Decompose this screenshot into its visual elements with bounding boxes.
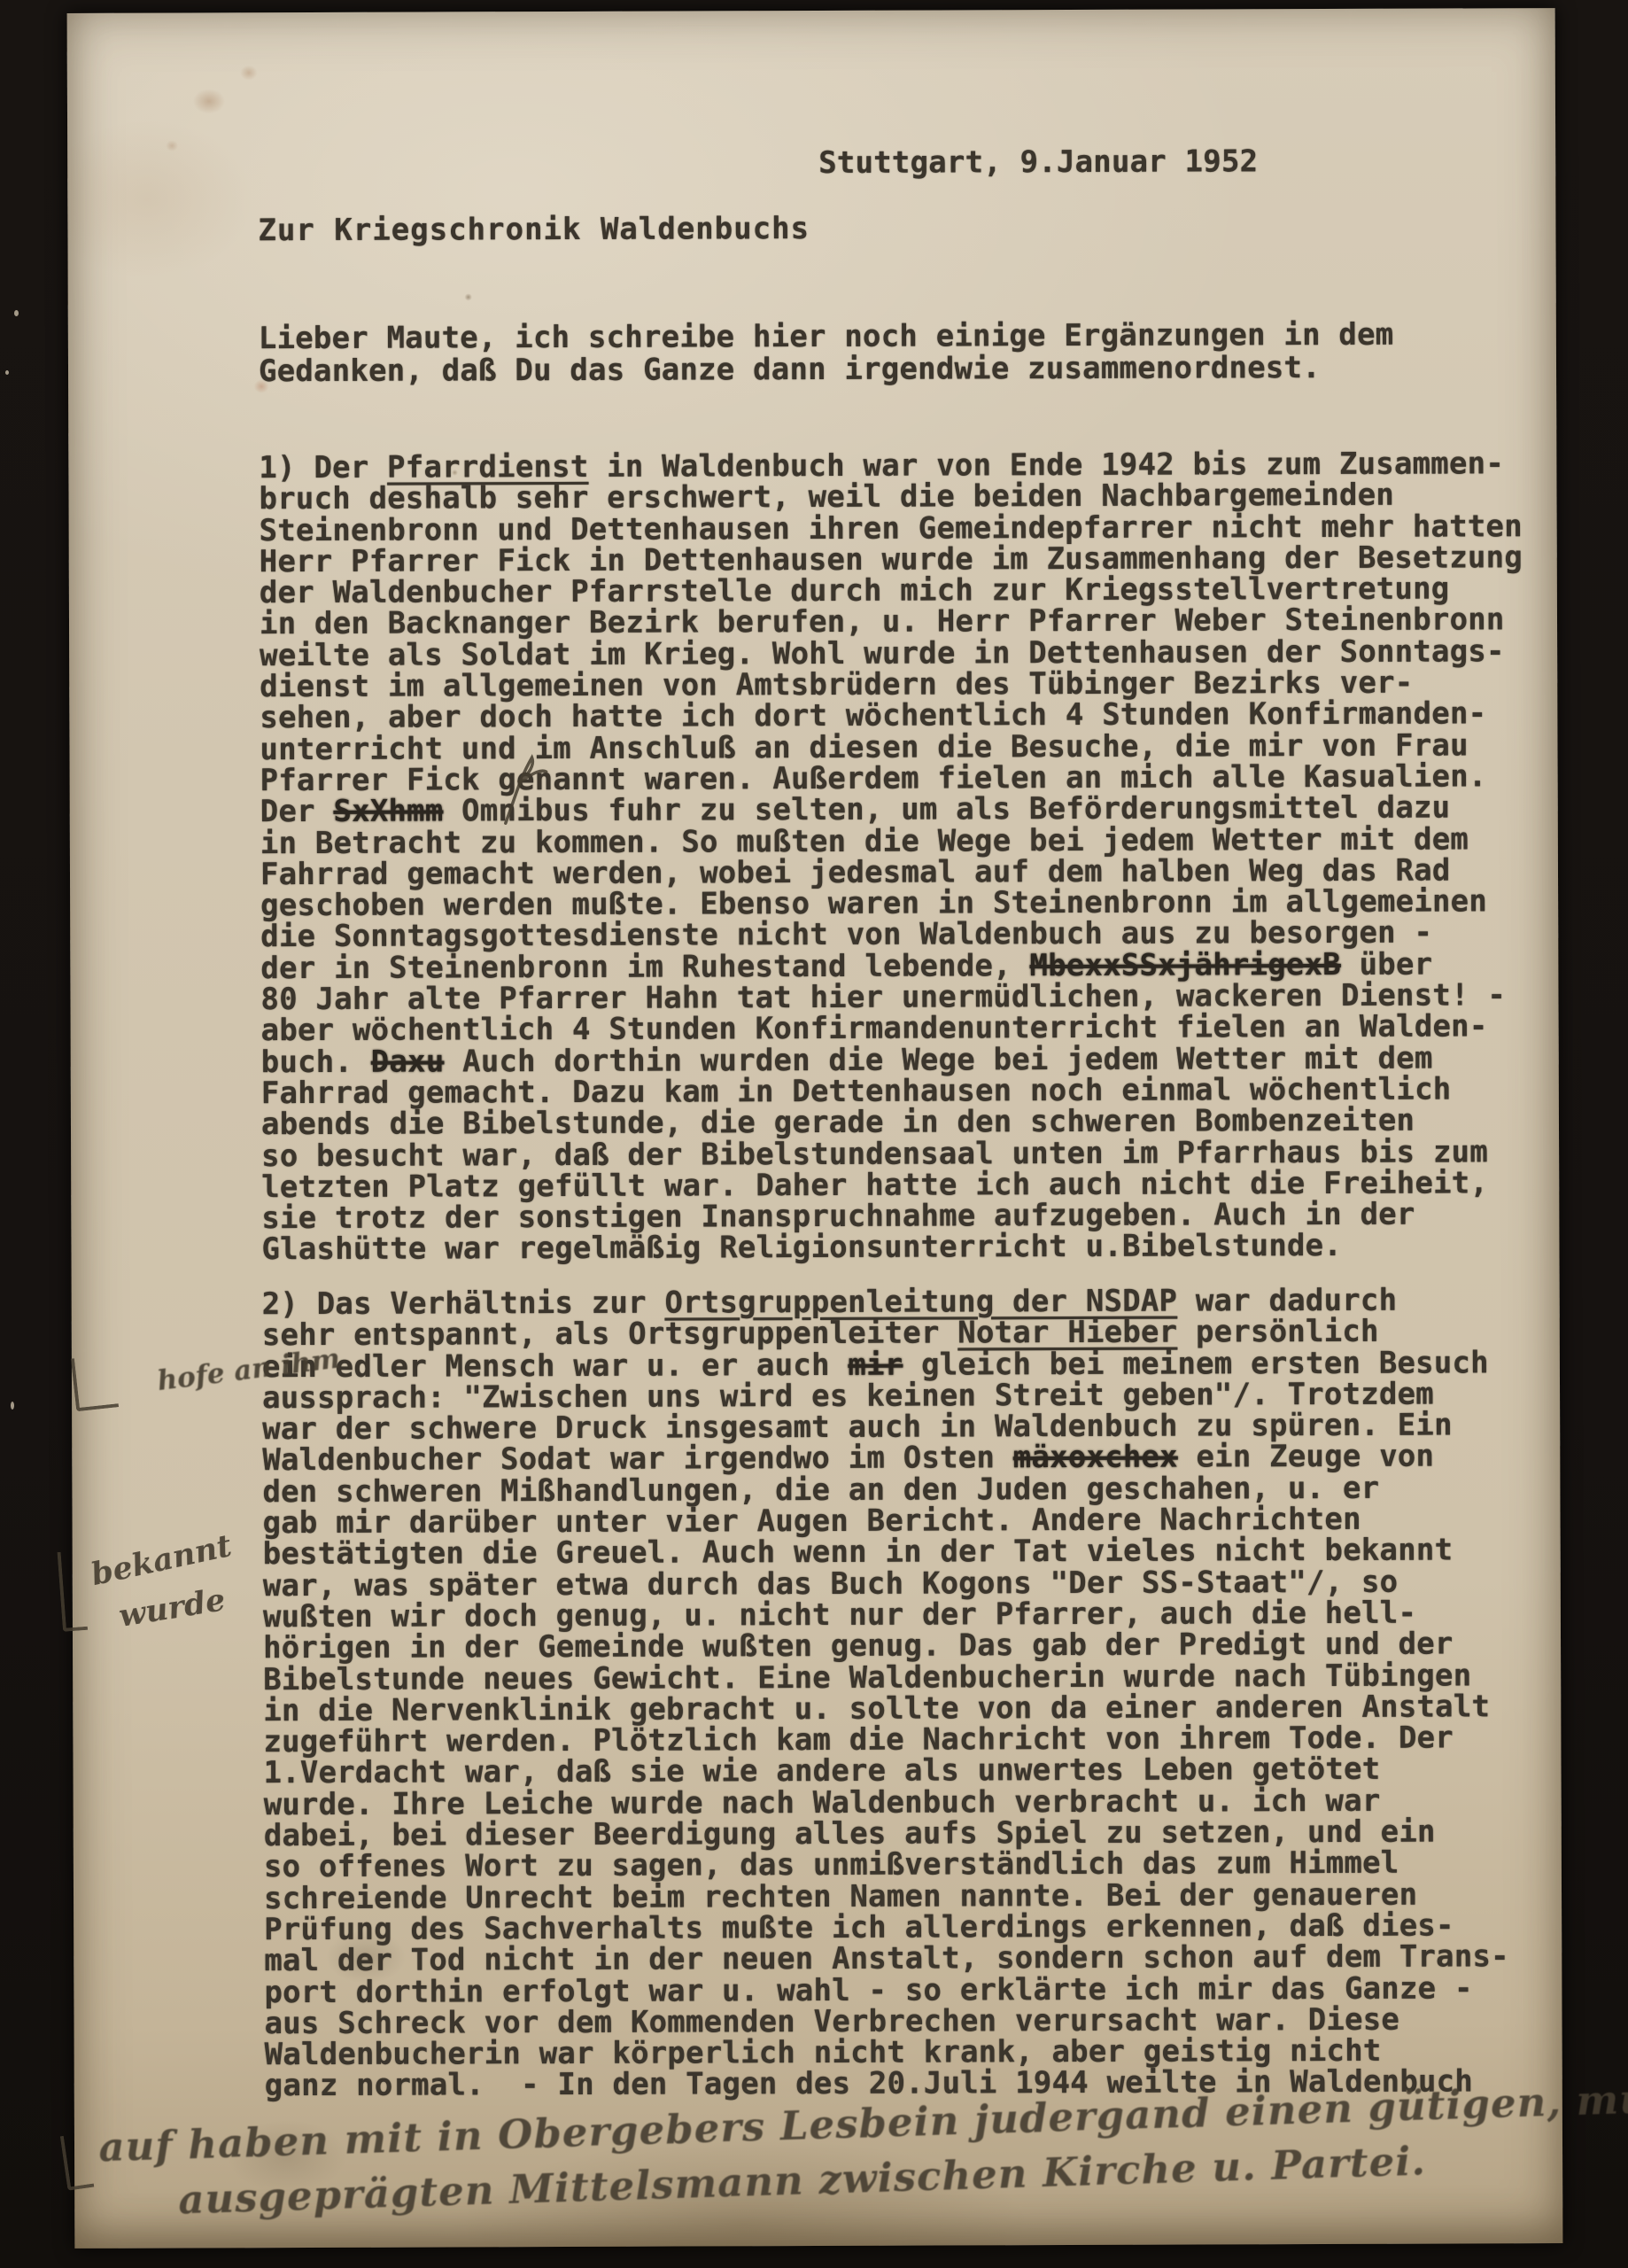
struck-out-text: mir: [848, 1347, 903, 1382]
struck-out-text: mäxoxchex: [1013, 1440, 1178, 1476]
salutation-paragraph: Lieber Maute, ich schreibe hier noch ein…: [259, 319, 1394, 388]
typed-line: Gedanken, daß Du das Ganze dann irgendwi…: [259, 352, 1394, 388]
struck-out-text: Daxu: [371, 1044, 445, 1079]
dust-speck: [11, 1402, 14, 1410]
section-2-paragraph: 2) Das Verhältnis zur Ortsgruppenleitung…: [262, 1285, 1510, 2102]
margin-bracket-icon: [60, 2132, 95, 2191]
typed-text: über: [1341, 946, 1432, 982]
margin-note-handwritten: wurde: [116, 1581, 228, 1635]
photographed-letter-scan: Stuttgart, 9.Januar 1952 Zur Kriegschron…: [0, 0, 1628, 2268]
margin-bracket-icon: [58, 1550, 89, 1632]
typed-text: ein Zeuge von: [1178, 1439, 1435, 1475]
section-1-paragraph: 1) Der Pfarrdienst in Waldenbuch war von…: [259, 448, 1524, 1266]
typed-text: Der: [260, 794, 334, 829]
dust-speck: [14, 310, 19, 316]
margin-bracket-icon: [71, 1354, 119, 1411]
typed-text: buch.: [261, 1044, 371, 1079]
dateline: Stuttgart, 9.Januar 1952: [818, 144, 1258, 181]
correction-caret-icon: [493, 752, 555, 827]
dust-speck: [5, 370, 9, 375]
typed-line: Glashütte war regelmäßig Religionsunterr…: [261, 1231, 1524, 1266]
page-title: Zur Kriegschronik Waldenbuchs: [258, 211, 810, 248]
letter-page: Stuttgart, 9.Januar 1952 Zur Kriegschron…: [67, 8, 1563, 2249]
struck-out-text: SxXhmm: [333, 794, 443, 829]
